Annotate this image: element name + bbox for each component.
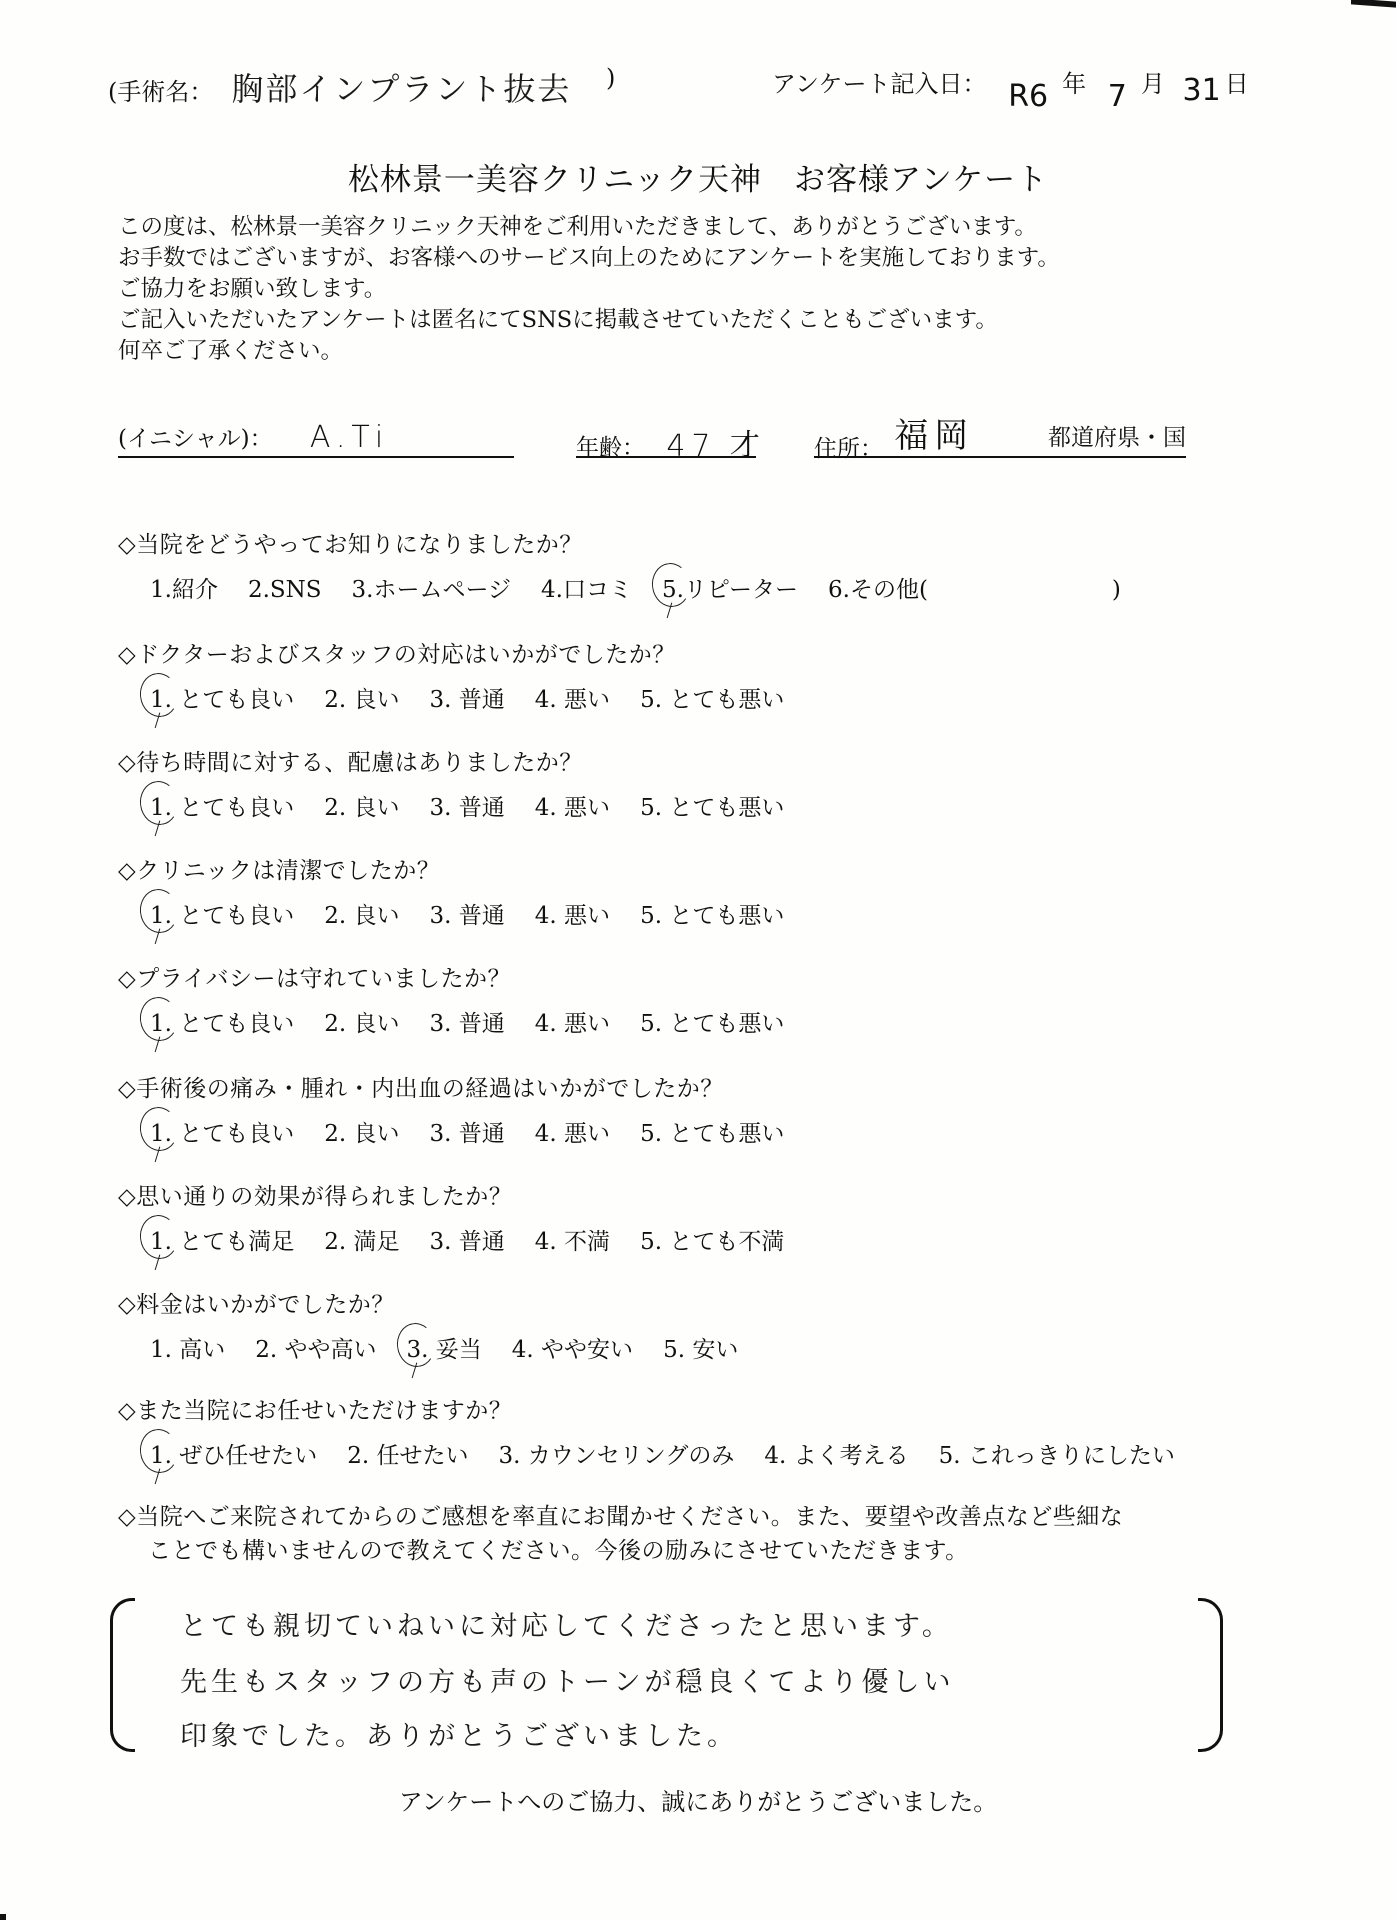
- answer-option[interactable]: 3. 普通: [430, 789, 505, 822]
- answer-option-label: 2. 良い: [324, 687, 399, 713]
- date-year-value: R6: [1008, 79, 1048, 114]
- date-label: アンケート記入日：: [772, 70, 987, 98]
- answer-option[interactable]: 3. 普通: [430, 681, 505, 714]
- answer-option[interactable]: 1. とても良い: [150, 1005, 294, 1038]
- answer-option-label: 4. 悪い: [535, 1121, 610, 1147]
- answer-option[interactable]: 4. よく考える: [764, 1437, 908, 1470]
- initials-field: (イニシャル)： A.Ti: [118, 420, 514, 458]
- answer-option-label: 5. とても悪い: [640, 687, 784, 713]
- address-suffix: 都道府県・国: [1048, 419, 1186, 454]
- age-field: 年齢： 47 才: [576, 420, 756, 458]
- answer-option-label: 2. 良い: [324, 795, 399, 821]
- intro-line: この度は、松林景一美容クリニック天神をご利用いただきまして、ありがとうございます…: [118, 212, 1238, 243]
- answer-option[interactable]: 2. 良い: [324, 1115, 399, 1148]
- question-options: 1. とても良い2. 良い3. 普通4. 悪い5. とても悪い: [150, 1115, 814, 1148]
- answer-option[interactable]: 1. とても良い: [150, 1115, 294, 1148]
- answer-option-label: 5. 安い: [663, 1337, 738, 1363]
- answer-option-label: 5. これっきりにしたい: [939, 1443, 1175, 1469]
- answer-option[interactable]: 2. 良い: [324, 789, 399, 822]
- answer-option[interactable]: 2.SNS: [248, 577, 322, 603]
- answer-option[interactable]: 5.リピーター: [662, 571, 798, 604]
- answer-option-label: 3. 普通: [430, 795, 505, 821]
- feedback-prompt-line1: ◇当院へご来院されてからのご感想を率直にお聞かせください。また、要望や改善点など…: [118, 1498, 1123, 1531]
- answer-option[interactable]: 1.紹介: [150, 571, 218, 604]
- question-title: ◇手術後の痛み・腫れ・内出血の経過はいかがでしたか？: [118, 1070, 724, 1103]
- date-month-value: 7: [1108, 79, 1127, 114]
- answer-option[interactable]: 2. 良い: [324, 897, 399, 930]
- answer-option-label: 4. 悪い: [535, 687, 610, 713]
- question-title: ◇ドクターおよびスタッフの対応はいかがでしたか？: [118, 636, 676, 669]
- feedback-prompt-line2: ことでも構いませんので教えてください。今後の励みにさせていただきます。: [148, 1532, 969, 1565]
- answer-option[interactable]: 1. ぜひ任せたい: [150, 1437, 317, 1470]
- question-options: 1. とても良い2. 良い3. 普通4. 悪い5. とても悪い: [150, 1005, 814, 1038]
- answer-option[interactable]: 1. とても良い: [150, 789, 294, 822]
- answer-option-label: 2. 良い: [324, 903, 399, 929]
- footer-thanks: アンケートへのご協力、誠にありがとうございました。: [0, 1782, 1396, 1817]
- answer-option[interactable]: 2. やや高い: [255, 1331, 376, 1364]
- date-year-unit: 年: [1062, 70, 1086, 98]
- answer-option-label: 4. 悪い: [535, 795, 610, 821]
- answer-option[interactable]: 5. とても不満: [640, 1223, 784, 1256]
- answer-option[interactable]: 4. 悪い: [535, 681, 610, 714]
- answer-option[interactable]: 5. とても悪い: [640, 681, 784, 714]
- answer-option-label: 4. 不満: [535, 1229, 610, 1255]
- intro-text: この度は、松林景一美容クリニック天神をご利用いただきまして、ありがとうございます…: [118, 212, 1238, 367]
- answer-option[interactable]: 2. 良い: [324, 1005, 399, 1038]
- answer-option[interactable]: 4. 悪い: [535, 897, 610, 930]
- answer-option[interactable]: 2. 良い: [324, 681, 399, 714]
- answer-option-label: 6.その他( ): [828, 577, 1121, 603]
- answer-option-label: 4. 悪い: [535, 1011, 610, 1037]
- answer-option-label: 5. とても悪い: [640, 1121, 784, 1147]
- answer-option-label: 2. 満足: [324, 1229, 399, 1255]
- answer-option[interactable]: 3.ホームページ: [352, 571, 511, 604]
- answer-option[interactable]: 5. とても悪い: [640, 1115, 784, 1148]
- answer-option[interactable]: 3. 妥当: [407, 1331, 482, 1364]
- answer-option-label: 4. 悪い: [535, 903, 610, 929]
- answer-option-label: 4.口コミ: [541, 577, 632, 603]
- answer-option[interactable]: 3. カウンセリングのみ: [499, 1437, 735, 1470]
- answer-option-label: 4. よく考える: [764, 1443, 908, 1469]
- answer-option-label: 4. やや安い: [512, 1337, 633, 1363]
- answer-option-label: 3. 普通: [430, 903, 505, 929]
- question-options: 1. とても良い2. 良い3. 普通4. 悪い5. とても悪い: [150, 681, 814, 714]
- answer-option[interactable]: 3. 普通: [430, 1115, 505, 1148]
- answer-option[interactable]: 4. やや安い: [512, 1331, 633, 1364]
- answer-option[interactable]: 4. 悪い: [535, 1115, 610, 1148]
- comment-line: 印象でした。ありがとうございました。: [180, 1714, 738, 1753]
- comment-box-right-bracket: [1198, 1598, 1223, 1752]
- answer-option-label: 3. カウンセリングのみ: [499, 1443, 735, 1469]
- initials-value: A.Ti: [310, 420, 389, 455]
- question-title: ◇クリニックは清潔でしたか？: [118, 852, 440, 885]
- question-options: 1.紹介2.SNS3.ホームページ4.口コミ5.リピーター6.その他( ): [150, 571, 1151, 604]
- answer-option[interactable]: 2. 任せたい: [347, 1437, 468, 1470]
- question-options: 1. とても良い2. 良い3. 普通4. 悪い5. とても悪い: [150, 789, 814, 822]
- address-value: 福岡: [894, 408, 974, 457]
- surgery-value: 胸部インプラント抜去: [231, 70, 571, 108]
- surgery-close-paren: ): [606, 64, 615, 92]
- intro-line: お手数ではございますが、お客様へのサービス向上のためにアンケートを実施しておりま…: [118, 243, 1238, 274]
- answer-option-label: 2.SNS: [248, 577, 322, 603]
- intro-line: ご協力をお願い致します。: [118, 274, 1238, 305]
- answer-option-label: 2. 良い: [324, 1011, 399, 1037]
- question-title: ◇思い通りの効果が得られましたか？: [118, 1178, 512, 1211]
- initials-label: (イニシャル)：: [118, 420, 273, 455]
- question-title: ◇また当院にお任せいただけますか？: [118, 1392, 512, 1425]
- intro-line: ご記入いただいたアンケートは匿名にてSNSに掲載させていただくこともございます。: [118, 305, 1238, 336]
- question-title: ◇待ち時間に対する、配慮はありましたか？: [118, 744, 583, 777]
- answer-option[interactable]: 2. 満足: [324, 1223, 399, 1256]
- answer-option[interactable]: 6.その他( ): [828, 571, 1121, 604]
- answer-option-label: 2. 良い: [324, 1121, 399, 1147]
- date-day-unit: 日: [1225, 70, 1249, 98]
- question-title: ◇プライバシーは守れていましたか？: [118, 960, 511, 993]
- question-title: ◇料金はいかがでしたか？: [118, 1286, 395, 1319]
- answer-option-label: 1.紹介: [150, 577, 218, 603]
- answer-option-label: 3. 普通: [430, 1121, 505, 1147]
- answer-option[interactable]: 1. とても満足: [150, 1223, 294, 1256]
- date-month-unit: 月: [1141, 70, 1165, 98]
- answer-option-label: 5. とても不満: [640, 1229, 784, 1255]
- answer-option-label: 3. 普通: [430, 1011, 505, 1037]
- answer-option-label: 2. 任せたい: [347, 1443, 468, 1469]
- answer-option[interactable]: 5. とても悪い: [640, 1005, 784, 1038]
- comment-line: 先生もスタッフの方も声のトーンが穏良くてより優しい: [180, 1660, 954, 1699]
- answer-option[interactable]: 4.口コミ: [541, 571, 632, 604]
- question-options: 1. 高い2. やや高い3. 妥当4. やや安い5. 安い: [150, 1331, 768, 1364]
- answer-option[interactable]: 4. 悪い: [535, 789, 610, 822]
- comment-box-left-bracket: [110, 1598, 135, 1752]
- intro-line: 何卒ご了承ください。: [118, 336, 1238, 367]
- answer-option-label: 2. やや高い: [255, 1337, 376, 1363]
- scan-corner-artifact: [0, 1914, 6, 1920]
- page-title: 松林景一美容クリニック天神お客様アンケート: [0, 154, 1396, 199]
- address-field: 住所： 福岡 都道府県・国: [814, 416, 1186, 458]
- age-unit: 才: [730, 420, 766, 464]
- answer-option-label: 3. 普通: [430, 1229, 505, 1255]
- address-label: 住所：: [814, 430, 883, 465]
- answer-option[interactable]: 1. とても良い: [150, 897, 294, 930]
- surgery-label: (手術名：: [108, 78, 213, 106]
- answer-option[interactable]: 5. とても悪い: [640, 789, 784, 822]
- age-value: 47: [666, 429, 716, 464]
- answer-option[interactable]: 5. これっきりにしたい: [939, 1437, 1175, 1470]
- surgery-name-field: (手術名：胸部インプラント抜去 ): [108, 64, 571, 110]
- answer-option[interactable]: 3. 普通: [430, 1005, 505, 1038]
- answer-option[interactable]: 5. 安い: [663, 1331, 738, 1364]
- answer-option-label: 3.ホームページ: [352, 577, 511, 603]
- answer-option[interactable]: 1. 高い: [150, 1331, 225, 1364]
- answer-option[interactable]: 1. とても良い: [150, 681, 294, 714]
- date-day-value: 31: [1183, 73, 1221, 108]
- answer-option[interactable]: 3. 普通: [430, 1223, 505, 1256]
- comment-line: とても親切ていねいに対応してくださったと思います。: [180, 1604, 953, 1643]
- answer-option[interactable]: 4. 不満: [535, 1223, 610, 1256]
- answer-option[interactable]: 3. 普通: [430, 897, 505, 930]
- question-options: 1. とても満足2. 満足3. 普通4. 不満5. とても不満: [150, 1223, 814, 1256]
- survey-date-field: アンケート記入日： R6年 7月 31日: [772, 64, 1249, 100]
- question-options: 1. とても良い2. 良い3. 普通4. 悪い5. とても悪い: [150, 897, 814, 930]
- scan-edge-artifact: [1351, 0, 1396, 8]
- answer-option-label: 5. とても悪い: [640, 795, 784, 821]
- age-label: 年齢：: [576, 429, 645, 464]
- answer-option-label: 3. 普通: [430, 687, 505, 713]
- answer-option-label: 5. とても悪い: [640, 903, 784, 929]
- clinic-name: 松林景一美容クリニック天神: [348, 162, 762, 198]
- answer-option[interactable]: 5. とても悪い: [640, 897, 784, 930]
- survey-title: お客様アンケート: [794, 162, 1048, 198]
- answer-option[interactable]: 4. 悪い: [535, 1005, 610, 1038]
- question-title: ◇当院をどうやってお知りになりましたか？: [118, 526, 583, 559]
- answer-option-label: 1. 高い: [150, 1337, 225, 1363]
- question-options: 1. ぜひ任せたい2. 任せたい3. カウンセリングのみ4. よく考える5. こ…: [150, 1437, 1205, 1470]
- answer-option-label: 5. とても悪い: [640, 1011, 784, 1037]
